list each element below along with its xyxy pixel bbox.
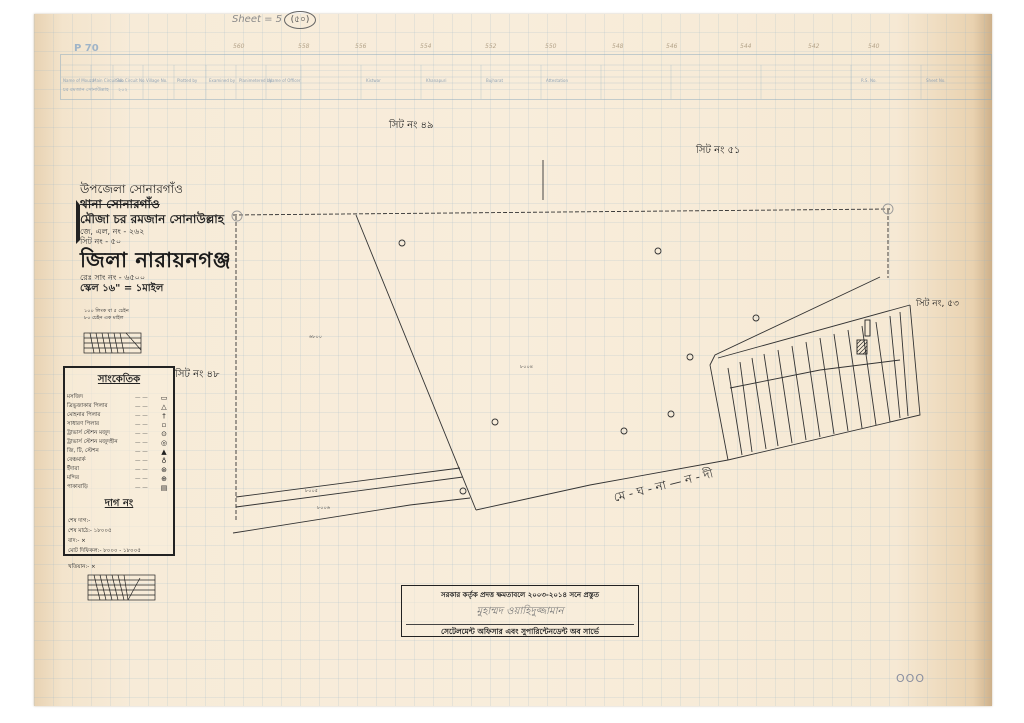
cert-line-3: সেটেলমেন্ট অফিসার এবং সুপারিন্টেনডেন্ট অ…	[406, 624, 634, 639]
legend-item: ইঁদারা— —⊛	[65, 465, 173, 474]
triangle-pillar-icon: △	[157, 403, 171, 411]
jl-number: জে, এল, নং - ২৬২	[80, 227, 231, 237]
scale-note-2: ৮০ চেইন এক মাইল	[84, 315, 123, 323]
dag-title: দাগ নং	[65, 496, 173, 513]
gt-station-icon: ▲	[157, 448, 171, 456]
dag-item: শেষ মাঠে:- ১৮০০৫	[65, 527, 173, 537]
legend-item: জি, টি, স্টেশন— —▲	[65, 447, 173, 456]
footer-stamp: OOO	[896, 672, 925, 685]
legend-item: ট্রাভার্স স্টেশন মজুদহীন— —◎	[65, 438, 173, 447]
adjacent-sheet-label: সিট নং, ৫৩	[916, 296, 959, 311]
legend-box: সাংকেতিক মসজিদ— —▭ ত্রিভুজাকার পিলার— —△…	[63, 366, 175, 556]
scale-label: স্কেল ১৬" = ১মাইল	[80, 283, 231, 296]
legend-item: বেঞ্চমার্ক— —♁	[65, 456, 173, 465]
plot-number: ৬৮০০	[309, 334, 322, 342]
mouza-label: মৌজা চর রমজান সোনাউল্লাহ	[80, 212, 231, 227]
temple-icon: ⊕	[157, 475, 171, 483]
brick-house-icon: ▤	[157, 484, 171, 492]
junction-pillar-icon: †	[157, 412, 171, 420]
survey-number: রেঃ সাং নং - ৬৫০০	[80, 273, 231, 283]
officer-signature: মুহাম্মদ ওয়াহিদুজ্জামান	[402, 604, 638, 621]
legend-item: মন্দির— —⊕	[65, 474, 173, 483]
adjacent-sheet-label: সিট নং ৪৮	[175, 367, 220, 384]
upazila-label: উপজেলা সোনারগাঁও	[80, 182, 231, 197]
district-label: জিলা নারায়নগঞ্জ	[80, 247, 231, 273]
benchmark-icon: ♁	[157, 457, 171, 465]
legend-item: সাধারণ পিলার— —▫	[65, 420, 173, 429]
plot-number: ৮০০৪	[520, 364, 533, 372]
cert-line-1: সরকার কর্তৃক প্রদত্ত ক্ষমতাবলে ২০০৩-২০১৪…	[402, 589, 638, 601]
well-icon: ⊛	[157, 466, 171, 474]
plot-number: ৮০০৬	[317, 505, 330, 513]
legend-title: সাংকেতিক	[65, 372, 173, 389]
plot-number: ৮০০৫	[305, 488, 318, 496]
dag-item: মোট দিফিকল:- ৮০০০ - ১৮০০৫	[65, 547, 173, 557]
legend-item: ত্রিভুজাকার পিলার— —△	[65, 402, 173, 411]
mosque-icon: ▭	[157, 394, 171, 402]
certification-box: সরকার কর্তৃক প্রদত্ত ক্ষমতাবলে ২০০৩-২০১৪…	[401, 585, 639, 637]
adjacent-sheet-label: সিট নং ৪৯	[389, 118, 434, 135]
legend-item: পাকাবাড়ি— —▤	[65, 483, 173, 492]
legend-item: মোহনার পিলার— —†	[65, 411, 173, 420]
legend-item: মসজিদ— —▭	[65, 393, 173, 402]
traverse-station-lost-icon: ◎	[157, 439, 171, 447]
legend-item: ট্রাভার্স স্টেশন মজুদ— —⊙	[65, 429, 173, 438]
adjacent-sheet-label: সিট নং ৫১	[696, 143, 741, 160]
title-block: উপজেলা সোনারগাঁও থানা সোনারগাঁও মৌজা চর …	[80, 182, 231, 296]
dag-item: বাদ:- ×	[65, 537, 173, 547]
thana-label: থানা সোনারগাঁও	[80, 197, 231, 212]
dag-item: শেষ দাগ:-	[65, 517, 173, 527]
traverse-station-icon: ⊙	[157, 430, 171, 438]
sheet-number: সিট নং - ৫০	[80, 237, 231, 247]
dag-item: খতিয়ান:- ×	[65, 563, 173, 573]
common-pillar-icon: ▫	[157, 421, 171, 429]
